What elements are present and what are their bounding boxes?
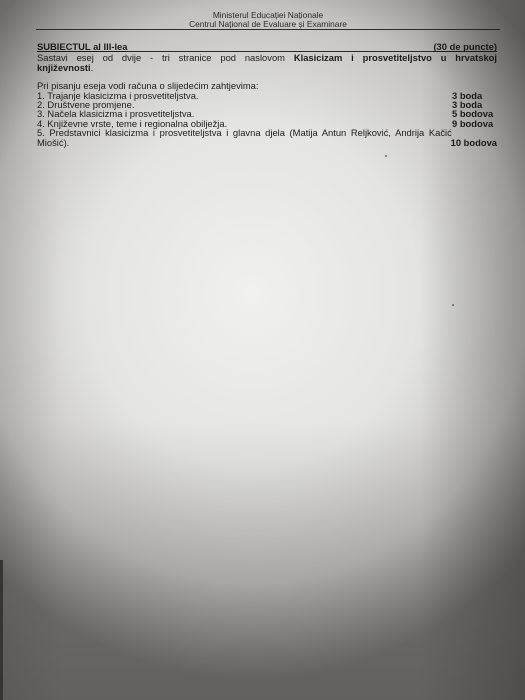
subject-title: SUBIECTUL al III-lea (37, 42, 127, 51)
task-statement: Sastavi esej od dvije - tri stranice pod… (37, 53, 497, 72)
header-center: Centrul Național de Evaluare și Examinar… (36, 20, 500, 29)
requirement-item-continuation: Miošić). 10 bodova (37, 138, 497, 147)
document-header: Ministerul Educației Naționale Centrul N… (36, 11, 500, 29)
subject-points: (30 de puncte) (433, 42, 497, 51)
requirement-text-continued: Miošić). (37, 138, 69, 147)
requirement-item: 5. Predstavnici klasicizma i prosvetitel… (37, 128, 497, 137)
requirement-text: 5. Predstavnici klasicizma i prosvetitel… (37, 127, 452, 138)
header-divider (36, 29, 500, 30)
requirement-points: 10 bodova (451, 138, 497, 147)
paper-edge-shadow (0, 560, 3, 700)
paper-speck (385, 155, 387, 157)
subject-heading: SUBIECTUL al III-lea (30 de puncte) (37, 42, 497, 52)
task-end: . (91, 62, 94, 73)
exam-content: SUBIECTUL al III-lea (30 de puncte) Sast… (37, 42, 497, 147)
paper-speck (452, 304, 454, 306)
exam-paper: Ministerul Educației Naționale Centrul N… (0, 0, 525, 700)
requirement-points: 9 bodova (452, 119, 497, 128)
